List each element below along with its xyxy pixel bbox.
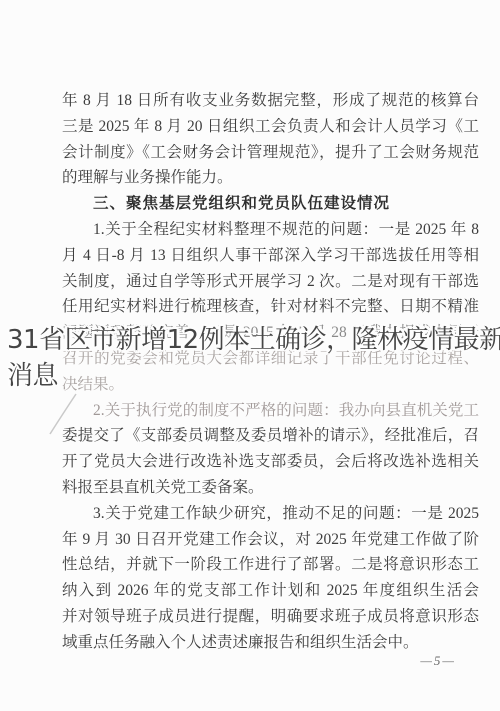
doc-line: 任用纪实材料进行梳理核查，针对材料不完整、日期不精准等 <box>62 294 479 320</box>
doc-line: 三是 2025 年 8 月 20 日组织工会负责人和会计人员学习《工会 <box>62 114 479 140</box>
scan-artifact-mark <box>44 390 84 440</box>
doc-line: 的理解与业务操作能力。 <box>62 165 479 191</box>
scanned-document-page: 年 8 月 18 日所有收支业务数据完整，形成了规范的核算台账。 三是 2025… <box>0 0 500 711</box>
doc-line: 2.关于执行党的制度不严格的问题：我办向县直机关党工 <box>62 398 479 424</box>
doc-line: 会计制度》《工会财务会计管理规范》，提升了工会财务规范 <box>62 140 479 166</box>
doc-line: 开了党员大会进行改选补选支部委员，会后将改选补选相关材 <box>62 449 479 475</box>
doc-line: 月 4 日-8 月 13 日组织人事干部深入学习干部选拔任用等相 <box>62 243 479 269</box>
doc-line: 性总结，并就下一阶段工作进行了部署。二是将意识形态工作 <box>62 552 479 578</box>
doc-line: 关制度，通过自学等形式开展学习 2 次。二是对现有干部选拔 <box>62 269 479 295</box>
doc-line: 1.关于全程纪实材料整理不规范的问题：一是 2025 年 8 <box>62 217 479 243</box>
section-heading: 三、聚焦基层党组织和党员队伍建设情况 <box>62 191 479 217</box>
doc-line: 年 9 月 30 日召开党建工作会议，对 2025 年党建工作做了阶段 <box>62 527 479 553</box>
doc-line: 3.关于党建工作缺少研究，推动不足的问题：一是 2025 <box>62 501 479 527</box>
watermark-text: 31省区市新增12例本土确诊，隆林疫情最新 消息 <box>7 322 500 394</box>
doc-line: 委提交了《支部委员调整及委员增补的请示》，经批准后，召 <box>62 423 479 449</box>
doc-line: 域重点任务融入个人述责述廉报告和组织生活会中。 <box>62 630 479 656</box>
doc-line: 料报至县直机关党工委备案。 <box>62 475 479 501</box>
doc-line: 并对领导班子成员进行提醒，明确要求班子成员将意识形态领 <box>62 604 479 630</box>
page-number: —5— <box>420 653 456 669</box>
doc-line: 年 8 月 18 日所有收支业务数据完整，形成了规范的核算台账。 <box>62 88 479 114</box>
doc-line: 纳入到 2026 年的党支部工作计划和 2025 年度组织生活会中， <box>62 578 479 604</box>
